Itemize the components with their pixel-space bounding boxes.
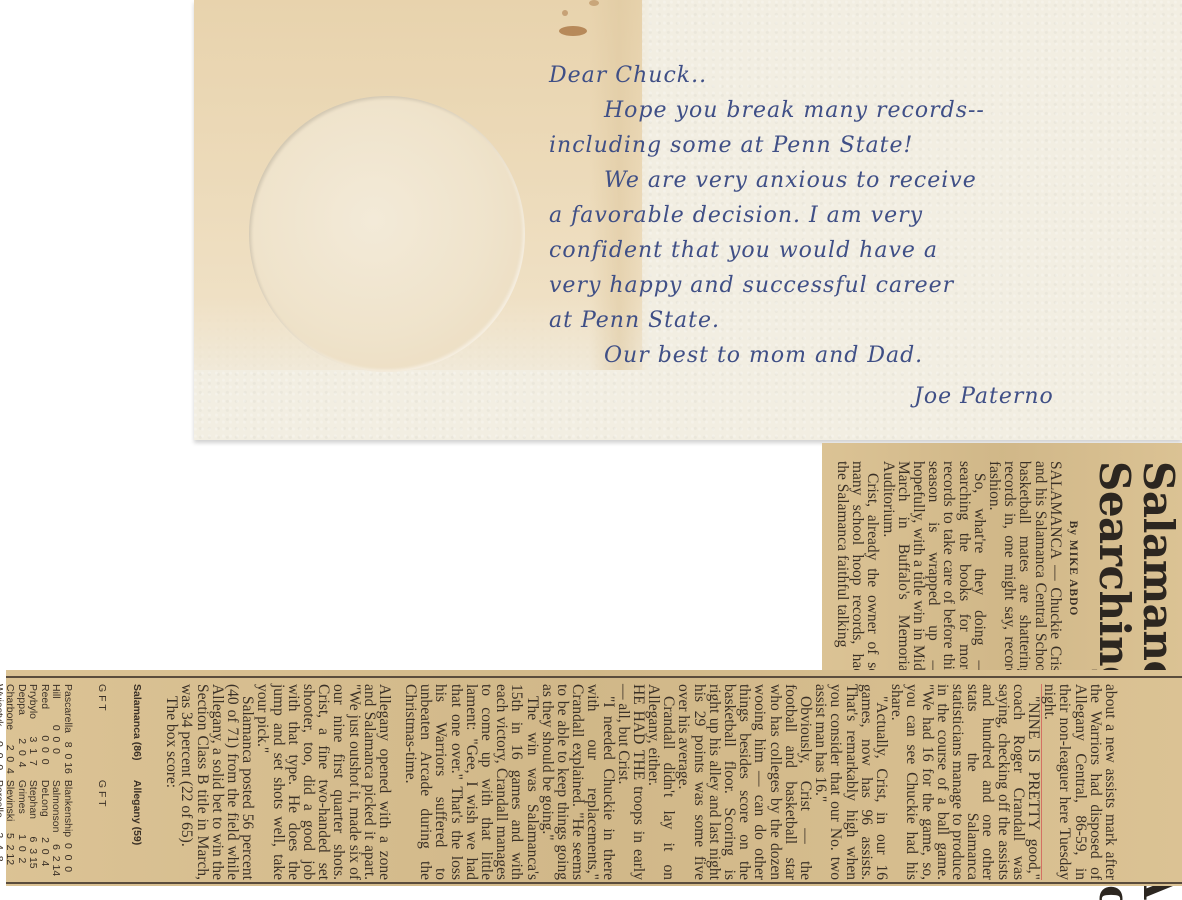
article-column-4-rotated: Allegany opened with a zone and Salamanc… [164,684,392,880]
home-team: Salamanca [131,684,143,739]
home-player-rows: Pascarella 8 0 16Hill 0 0 0Reed 0 0 0Pry… [0,684,73,774]
paragraph: Allegany opened with a zone and Salamanc… [255,684,392,880]
box-score-row: Pascarella 8 0 16 [62,684,74,774]
box-away: Allegany (59) G F T Blankenship 0 0 0Sal… [0,780,165,876]
greeting: Dear Chuck.. [549,58,1169,93]
away-team: Allegany [131,780,143,824]
letter-line: Hope you break many records-- [549,93,1169,128]
box-score-row: Wujastyk 0 0 0 [0,684,4,774]
byline: By MIKE ABDO [1065,461,1080,676]
away-score: (59) [131,827,143,846]
box-score-row: Hill 0 0 0 [50,684,62,774]
letter-line: very happy and successful career [549,268,1169,303]
away-player-rows: Blankenship 0 0 0Salmonson 6 2 14DeLong … [0,780,73,876]
box-score-row: Grimes 1 0 2 [16,780,28,876]
paragraph: SALAMANCA — Chuckie Crist and his Salama… [987,461,1063,676]
box-score: Salamanca (86) G F T Pascarella 8 0 16Hi… [0,684,188,884]
box-score-row: Porcello 2 4 8 [0,780,4,876]
paragraph: The win was Salamanca's 15th in 16 games… [403,684,540,880]
box-score-row: Deppa 2 0 4 [16,684,28,774]
column-rule [6,882,1182,884]
box-score-row: Slevinski 5 2 12 [4,780,16,876]
letter-line: Our best to mom and Dad. [549,338,1169,373]
paragraph: "NINE IS PRETTY good," coach Roger Crand… [889,684,1041,880]
article-column-3-rotated: HE HAD THE troops in early — all, but Cr… [403,684,646,880]
box-score-row: Blankenship 0 0 0 [62,780,74,876]
rust-spot [589,0,599,6]
paragraph: HE HAD THE troops in early — all, but Cr… [616,684,646,880]
paragraph: Crandall didn't lay it on Allegany, eith… [646,684,676,880]
column-rule [6,676,1182,678]
box-score-row: DeLong 2 0 4 [39,780,51,876]
box-score-row: Stephan 6 3 15 [27,780,39,876]
letter-line: a favorable decision. I am very [549,198,1169,233]
box-score-row: Prybylo 3 1 7 [27,684,39,774]
paragraph: Salamanca posted 56 percent (40 of 71) f… [179,684,255,880]
paragraph: So, what're they doing — searching the b… [880,461,986,676]
article-column-3: HE HAD THE troops in early — all, but Cr… [403,684,646,880]
letter-line: confident that you would have a [549,233,1169,268]
circular-cutout [249,96,525,372]
box-score-row: Charbone 2 0 4 [4,684,16,774]
box-score-row: Reed 0 0 0 [39,684,51,774]
home-score: (86) [131,742,143,761]
article-column-4: Allegany opened with a zone and Salamanc… [164,684,392,880]
article-column-2-rotated: about a new assists mark after the Warri… [646,684,1118,880]
paragraph: Obviously, Crist — the football and bask… [676,684,813,880]
signature: Joe Paterno [549,379,1169,414]
article-column-1: By MIKE ABDO SALAMANCA — Chuckie Crist a… [835,461,1086,676]
paragraph: "Actually, Crist, in our 16 games, now h… [813,684,889,880]
letter-line: We are very anxious to receive [549,163,1169,198]
letter-line: including some at Penn State! [549,128,1169,163]
clipping-upper: Salamanca, Crist Are Searching For Recor… [822,443,1182,673]
letter-line: at Penn State. [549,303,1169,338]
paragraph: Crist, already the owner of so many scho… [835,461,881,676]
box-score-row: Salmonson 6 2 14 [50,780,62,876]
rust-spot [562,10,568,16]
paragraph: "I needed Chuckie in there with our repl… [540,684,616,880]
handwritten-letter: Dear Chuck.. Hope you break many records… [549,58,1169,414]
box-score-rotated: Salamanca (86) G F T Pascarella 8 0 16Hi… [0,684,188,884]
rust-spot [559,26,587,36]
article-column-2: about a new assists mark after the Warri… [646,684,1118,880]
clipping-lower: about a new assists mark after the Warri… [6,670,1182,886]
note-card: Dear Chuck.. Hope you break many records… [194,0,1182,440]
box-home: Salamanca (86) G F T Pascarella 8 0 16Hi… [0,684,165,774]
paragraph: about a new assists mark after the Warri… [1041,684,1118,880]
